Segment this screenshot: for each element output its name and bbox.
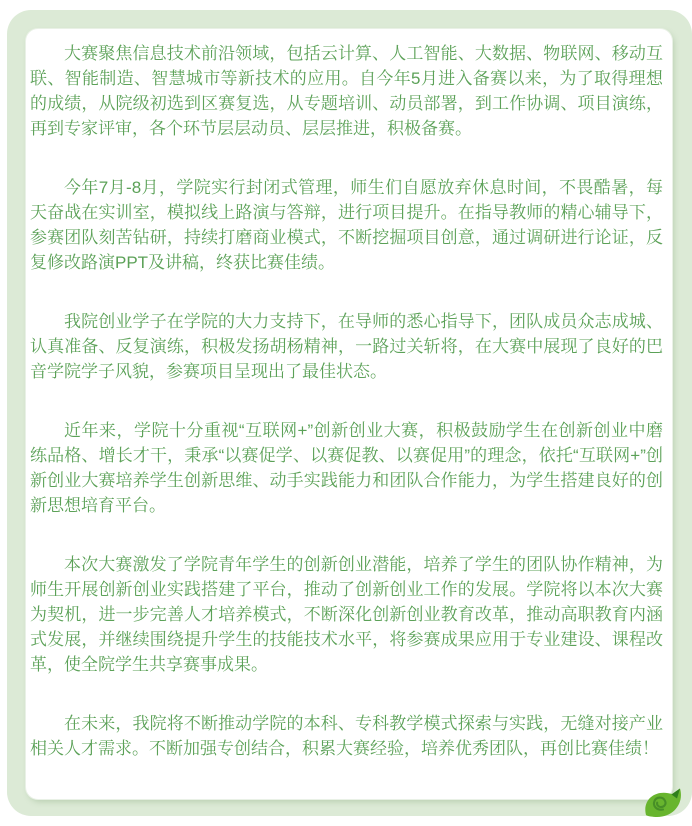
article-paragraph: 在未来，我院将不断推动学院的本科、专科教学模式探索与实践，无缝对接产业相关人才需… [30, 711, 663, 761]
article-paragraph: 本次大赛激发了学院青年学生的创新创业潜能，培养了学生的团队协作精神，为师生开展创… [30, 552, 663, 677]
article-paragraph: 今年7月-8月，学院实行封闭式管理，师生们自愿放弃休息时间，不畏酷暑，每天奋战在… [30, 175, 663, 275]
leaf-icon [642, 785, 684, 818]
article-body: 大赛聚焦信息技术前沿领域，包括云计算、人工智能、大数据、物联网、移动互联、智能制… [30, 41, 663, 761]
article-paragraph: 近年来，学院十分重视“互联网+”创新创业大赛，积极鼓励学生在创新创业中磨练品格、… [30, 418, 663, 518]
article-paragraph: 大赛聚焦信息技术前沿领域，包括云计算、人工智能、大数据、物联网、移动互联、智能制… [30, 41, 663, 141]
article-paragraph: 我院创业学子在学院的大力支持下，在导师的悉心指导下，团队成员众志成城、认真准备、… [30, 309, 663, 384]
decorative-frame: 大赛聚焦信息技术前沿领域，包括云计算、人工智能、大数据、物联网、移动互联、智能制… [7, 10, 692, 816]
article-card: 大赛聚焦信息技术前沿领域，包括云计算、人工智能、大数据、物联网、移动互联、智能制… [26, 29, 672, 799]
